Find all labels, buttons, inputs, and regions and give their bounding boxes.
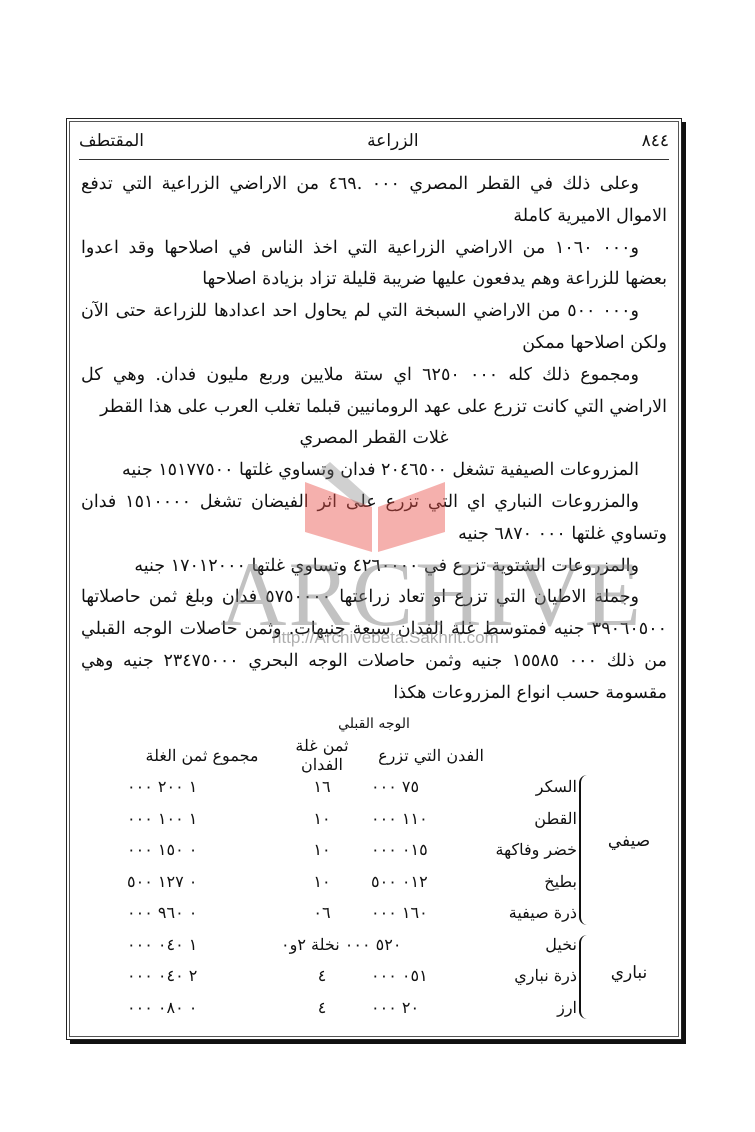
paragraph: ومجموع ذلك كله ٠٠٠ ٦٢٥٠ اي ستة ملايين ور…	[81, 360, 667, 424]
crop-name: ذرة صيفية	[491, 903, 577, 922]
crop-paragraph: وجملة الاطيان التي تزرع او تعاد زراعتها …	[81, 582, 667, 709]
crop-price: ١٠	[277, 872, 367, 891]
crop-area: ٥٢٠ ٠٠٠ نخلة ٢و٠	[277, 935, 491, 954]
crop-area: ٠١٥ ٠٠٠	[367, 840, 491, 859]
crop-name: خضر وفاكهة	[491, 840, 577, 859]
crop-price: ١٦	[277, 777, 367, 796]
table-header: الفدن التي تزرع ثمن غلة الفدان مجموع ثمن…	[81, 739, 667, 771]
crop-name: ارز	[491, 998, 577, 1017]
crop-total: ١ ٠٤٠ ٠٠٠	[121, 935, 277, 954]
crop-area: ٢٠ ٠٠٠	[367, 998, 491, 1017]
crop-total: ٠ ١٥٠ ٠٠٠	[121, 840, 277, 859]
crop-name: السكر	[491, 777, 577, 796]
crop-total: ٠ ٠٨٠ ٠٠٠	[121, 998, 277, 1017]
group-label: نباري	[591, 963, 667, 983]
crop-area: ١٦٠ ٠٠٠	[367, 903, 491, 922]
crop-total: ٠ ٩٦٠ ٠٠٠	[121, 903, 277, 922]
crop-name: نخيل	[491, 935, 577, 954]
article-body: وعلى ذلك في القطر المصري ٠٠٠ .٤٦٩ من الا…	[81, 169, 667, 738]
crop-total: ١ ١٠٠ ٠٠٠	[121, 809, 277, 828]
group-label: صيفي	[591, 831, 667, 851]
column-header: ثمن غلة الفدان	[277, 736, 367, 774]
subheading: غلات القطر المصري	[81, 423, 667, 455]
brace-icon	[579, 935, 589, 1019]
paragraph: و٠٠٠ ١٠٦٠ من الاراضي الزراعية التي اخذ ا…	[81, 233, 667, 297]
table-group-summer: صيفي السكر ٧٥ ٠٠٠ ١٦ ١ ٢٠٠ ٠٠٠ القطن ١١٠…	[81, 771, 667, 929]
crop-area: ٧٥ ٠٠٠	[367, 777, 491, 796]
column-header: مجموع ثمن الغلة	[121, 746, 277, 765]
crop-name: بطيخ	[491, 872, 577, 891]
crop-table: الفدن التي تزرع ثمن غلة الفدان مجموع ثمن…	[81, 739, 667, 1023]
crop-price: ٠٦	[277, 903, 367, 922]
crop-price: ٤	[277, 998, 367, 1017]
paragraph: و٠٠٠ ٥٠٠ من الاراضي السبخة التي لم يحاول…	[81, 296, 667, 360]
running-header: ٨٤٤ الزراعة المقتطف	[79, 127, 669, 155]
journal-name: المقتطف	[79, 131, 144, 151]
crop-name: القطن	[491, 809, 577, 828]
table-title: الوجه القبلي	[81, 710, 667, 738]
paragraph: وعلى ذلك في القطر المصري ٠٠٠ .٤٦٩ من الا…	[81, 169, 667, 233]
page-number: ٨٤٤	[642, 131, 669, 151]
brace-icon	[579, 775, 589, 925]
crop-area: ٠٥١ ٠٠٠	[367, 966, 491, 985]
table-group-flood: نباري نخيل ٥٢٠ ٠٠٠ نخلة ٢و٠ ١ ٠٤٠ ٠٠٠ ذر…	[81, 929, 667, 1024]
crop-price: ١٠	[277, 809, 367, 828]
crop-paragraph: والمزروعات الشتوية تزرع في ٤٢٦٠٠٠٠ وتساو…	[81, 551, 667, 583]
crop-area: ٠١٢ ٥٠٠	[367, 872, 491, 891]
page-frame: ٨٤٤ الزراعة المقتطف وعلى ذلك في القطر ال…	[66, 118, 682, 1040]
crop-name: ذرة نباري	[491, 966, 577, 985]
crop-price: ٤	[277, 966, 367, 985]
header-rule	[79, 159, 669, 160]
column-header: الفدن التي تزرع	[367, 746, 491, 765]
crop-price: ١٠	[277, 840, 367, 859]
crop-total: ٠ ١٢٧ ٥٠٠	[121, 872, 277, 891]
crop-total: ٢ ٠٤٠ ٠٠٠	[121, 966, 277, 985]
crop-area: ١١٠ ٠٠٠	[367, 809, 491, 828]
crop-paragraph: والمزروعات النباري اي التي تزرع على اثر …	[81, 487, 667, 551]
crop-paragraph: المزروعات الصيفية تشغل ٢٠٤٦٥٠٠ فدان وتسا…	[81, 455, 667, 487]
section-title: الزراعة	[367, 131, 418, 151]
crop-total: ١ ٢٠٠ ٠٠٠	[121, 777, 277, 796]
